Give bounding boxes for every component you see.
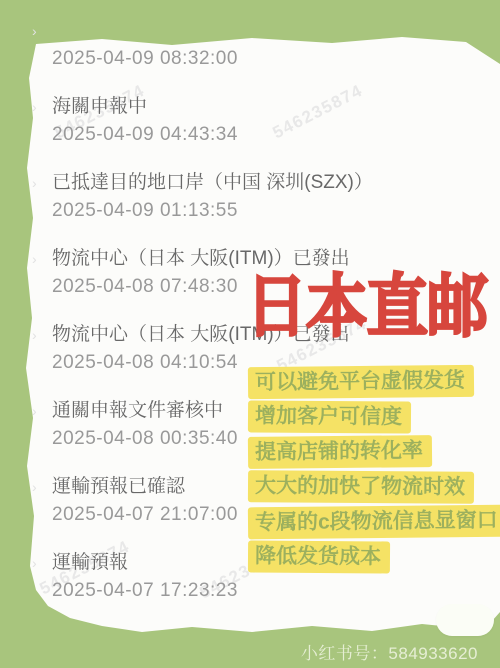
- xiaohongshu-account-id: 小红书号：584933620: [301, 639, 478, 664]
- screenshot-stage: 5462358745462358745462358745462358745462…: [0, 0, 500, 668]
- timeline-marker-icon: ›: [32, 99, 37, 115]
- benefit-highlight-line: 专属的c段物流信息显窗口: [248, 505, 500, 540]
- event-timestamp: 2025-04-09 01:13:55: [52, 200, 472, 222]
- sticker-partial: [436, 604, 494, 636]
- timeline-marker-icon: ›: [32, 23, 37, 39]
- tracking-event: ›2025-04-09 08:32:00: [52, 20, 472, 70]
- event-timestamp: 2025-04-09 04:43:34: [52, 124, 472, 146]
- benefit-highlight-line: 降低发货成本: [248, 541, 390, 574]
- benefit-highlight-line: 大大的加快了物流时效: [248, 470, 474, 504]
- timeline-marker-icon: ›: [32, 479, 37, 495]
- event-status-text: 已抵達目的地口岸（中国 深圳(SZX)）: [52, 172, 472, 194]
- benefit-list: 可以避免平台虚假发货增加客户可信度提高店铺的转化率大大的加快了物流时效专属的c段…: [248, 366, 500, 576]
- headline-japan-direct-mail: 日本直邮: [246, 268, 487, 346]
- benefit-highlight-line: 可以避免平台虚假发货: [248, 365, 474, 399]
- timeline-marker-icon: ›: [32, 251, 37, 267]
- timeline-marker-icon: ›: [32, 327, 37, 343]
- benefit-highlight-line: 提高店铺的转化率: [248, 435, 432, 469]
- tracking-event: ›已抵達目的地口岸（中国 深圳(SZX)）2025-04-09 01:13:55: [52, 172, 472, 222]
- timeline-marker-icon: ›: [32, 175, 37, 191]
- event-timestamp: 2025-04-07 17:23:23: [52, 580, 472, 602]
- benefit-highlight-line: 增加客户可信度: [248, 400, 411, 433]
- tracking-event: ›海關申報中2025-04-09 04:43:34: [52, 96, 472, 146]
- event-status-text: 海關申報中: [52, 96, 472, 118]
- event-timestamp: 2025-04-09 08:32:00: [52, 48, 472, 70]
- event-status-text: 物流中心（日本 大阪(ITM)）已發出: [52, 248, 472, 270]
- event-status-text: [52, 20, 472, 42]
- timeline-marker-icon: ›: [32, 403, 37, 419]
- timeline-marker-icon: ›: [32, 555, 37, 571]
